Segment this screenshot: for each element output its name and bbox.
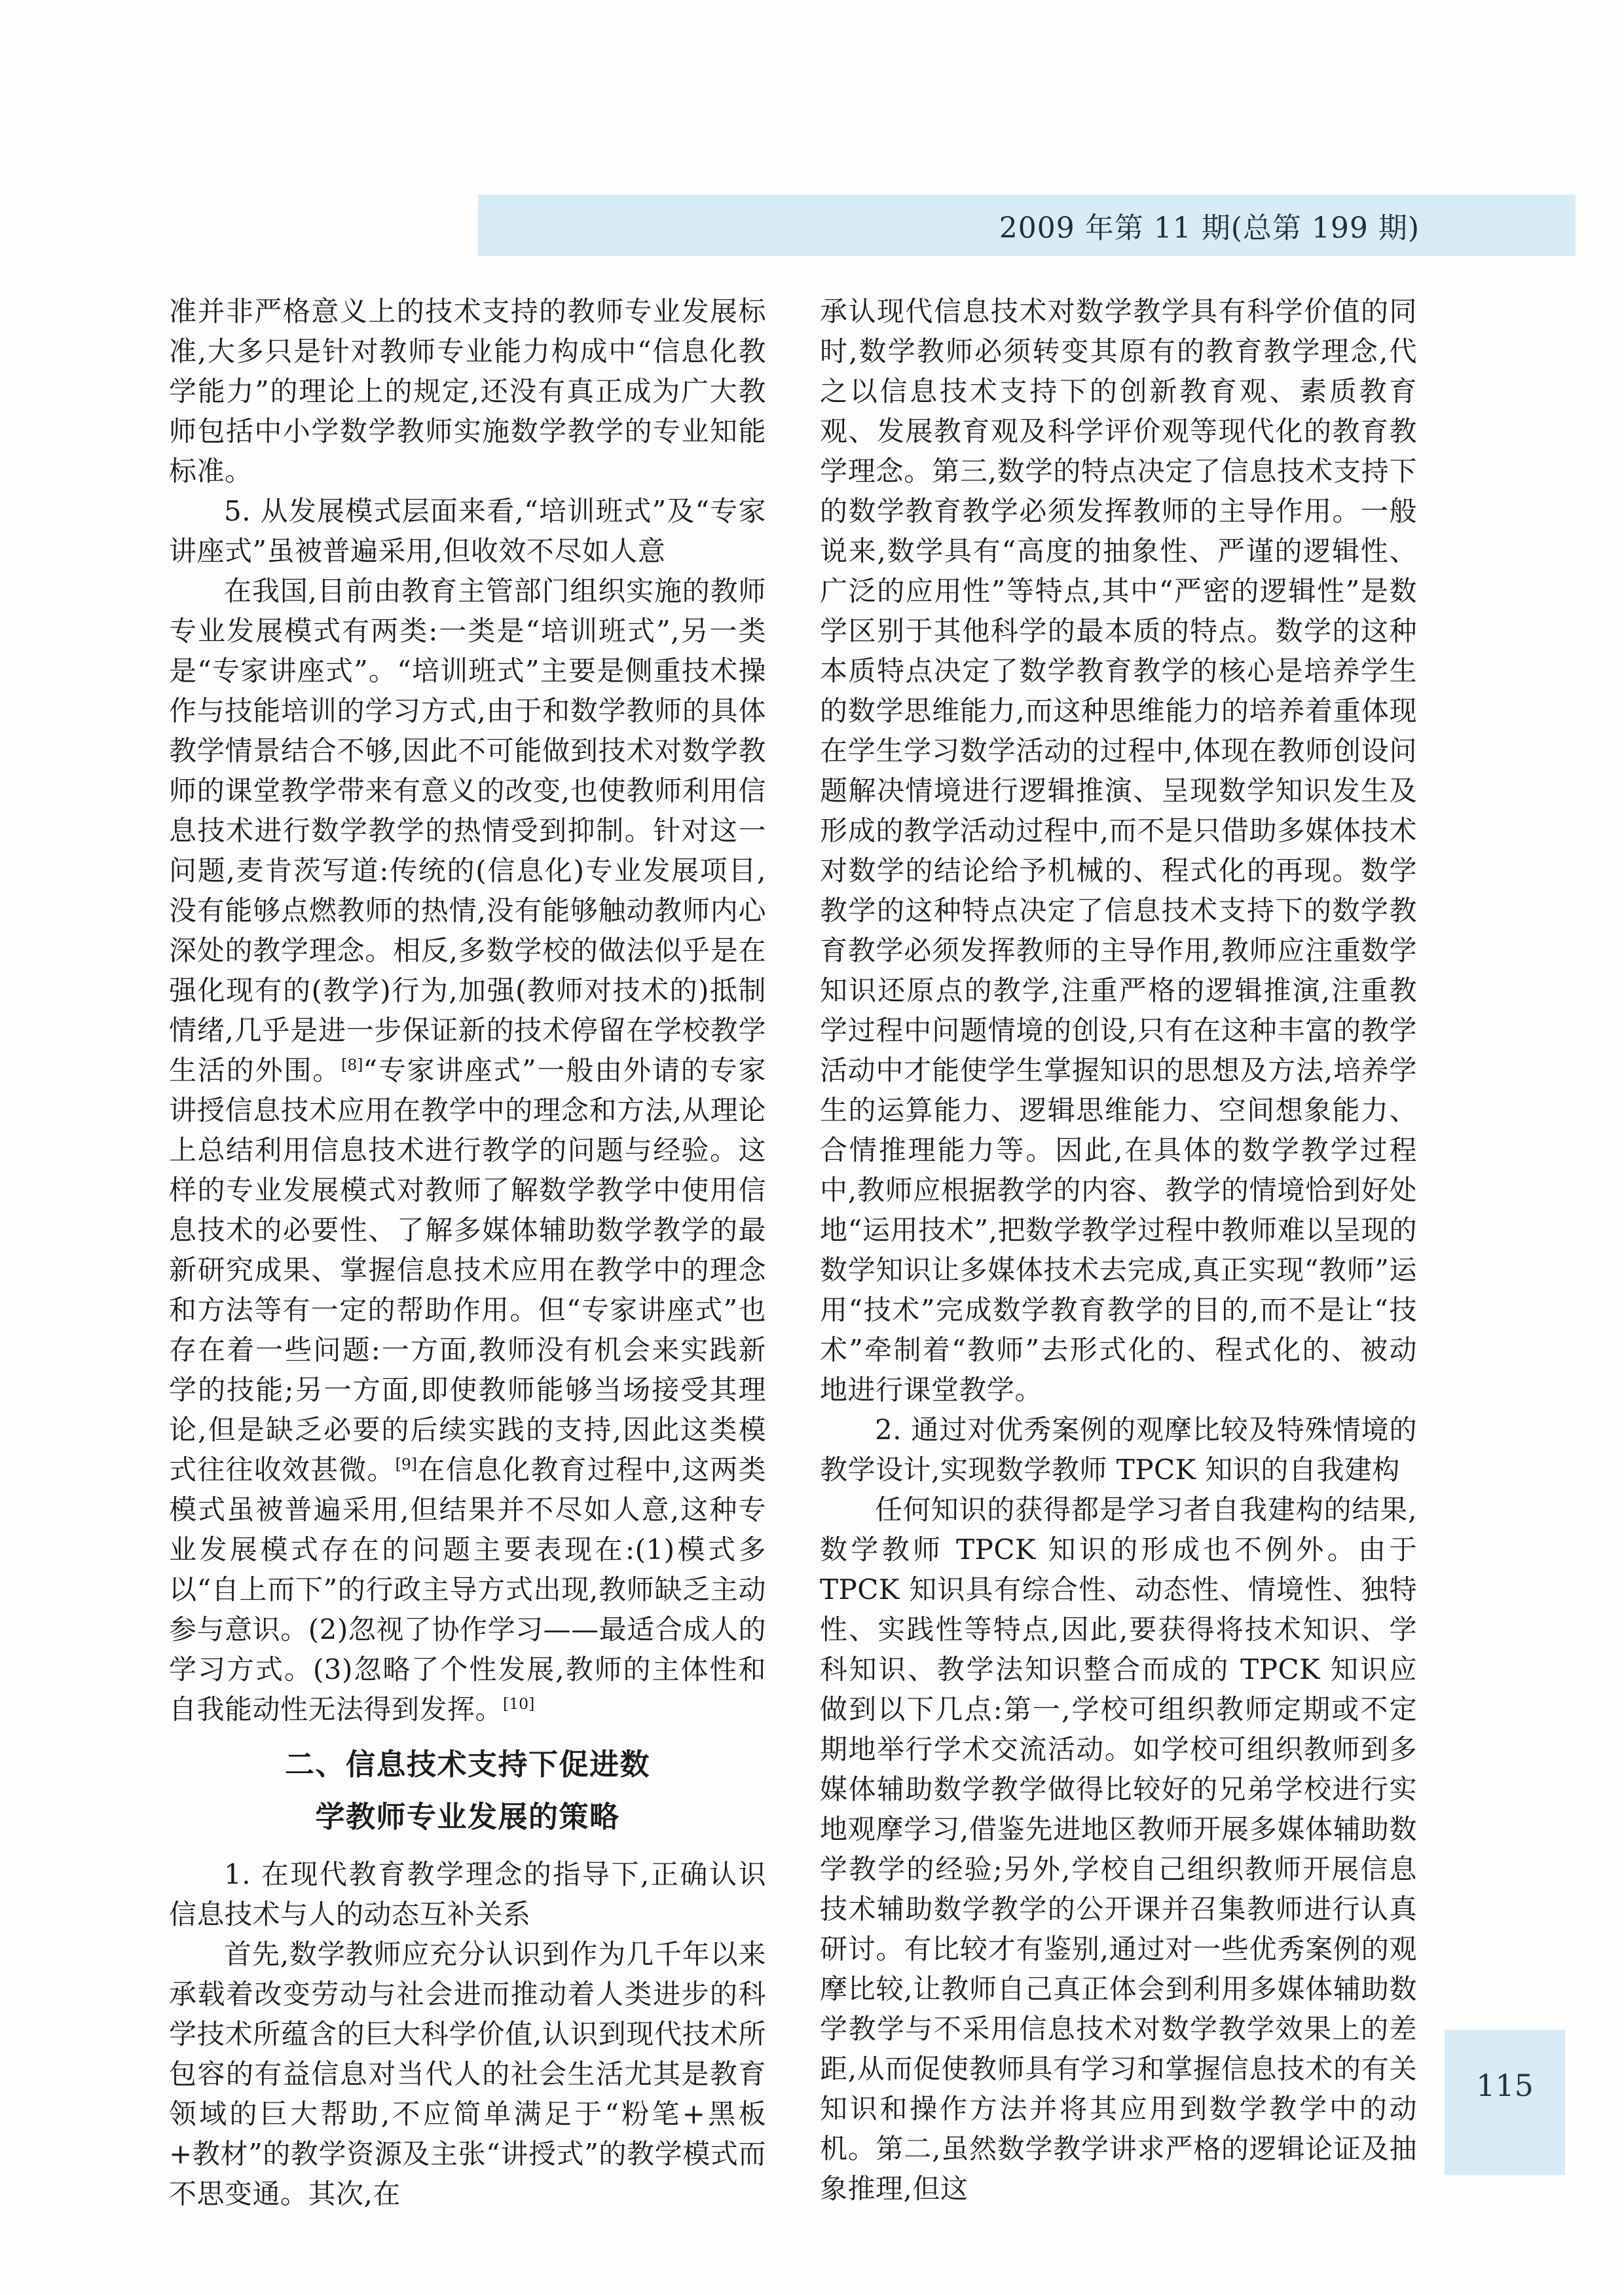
body-paragraph: 首先,数学教师应充分认识到作为几千年以来承载着改变劳动与社会进而推动着人类进步的… xyxy=(169,1934,766,2214)
body-paragraph: 任何知识的获得都是学习者自我建构的结果,数学教师 TPCK 知识的形成也不例外。… xyxy=(820,1490,1417,2209)
reference-superscript: [8] xyxy=(341,1056,363,1074)
subhead-paragraph: 1. 在现代教育教学理念的指导下,正确认识信息技术与人的动态互补关系 xyxy=(169,1854,766,1934)
page-number: 115 xyxy=(1476,2068,1534,2103)
body-paragraph: 准并非严格意义上的技术支持的教师专业发展标准,大多只是针对教师专业能力构成中“信… xyxy=(169,291,766,491)
right-column: 承认现代信息技术对数学教学具有科学价值的同时,数学教师必须转变其原有的教育教学理… xyxy=(820,291,1417,2209)
page-number-box: 115 xyxy=(1445,2030,1565,2175)
body-paragraph: 承认现代信息技术对数学教学具有科学价值的同时,数学教师必须转变其原有的教育教学理… xyxy=(820,291,1417,1410)
section-heading-line: 二、信息技术支持下促进数 xyxy=(169,1738,766,1791)
reference-superscript: [9] xyxy=(396,1455,417,1473)
subhead-paragraph: 2. 通过对优秀案例的观摩比较及特殊情境的教学设计,实现数学教师 TPCK 知识… xyxy=(820,1410,1417,1490)
issue-info: 2009 年第 11 期(总第 199 期) xyxy=(999,204,1420,246)
body-paragraph: 在我国,目前由教育主管部门组织实施的教师专业发展模式有两类:一类是“培训班式”,… xyxy=(169,571,766,1729)
subhead-paragraph: 5. 从发展模式层面来看,“培训班式”及“专家讲座式”虽被普遍采用,但收效不尽如… xyxy=(169,491,766,571)
section-heading: 二、信息技术支持下促进数学教师专业发展的策略 xyxy=(169,1738,766,1843)
journal-issue-banner: 2009 年第 11 期(总第 199 期) xyxy=(478,194,1576,256)
left-column: 准并非严格意义上的技术支持的教师专业发展标准,大多只是针对教师专业能力构成中“信… xyxy=(169,291,766,2214)
reference-superscript: [10] xyxy=(503,1695,534,1713)
section-heading-line: 学教师专业发展的策略 xyxy=(169,1791,766,1843)
journal-page: 2009 年第 11 期(总第 199 期) 准并非严格意义上的技术支持的教师专… xyxy=(0,0,1624,2295)
